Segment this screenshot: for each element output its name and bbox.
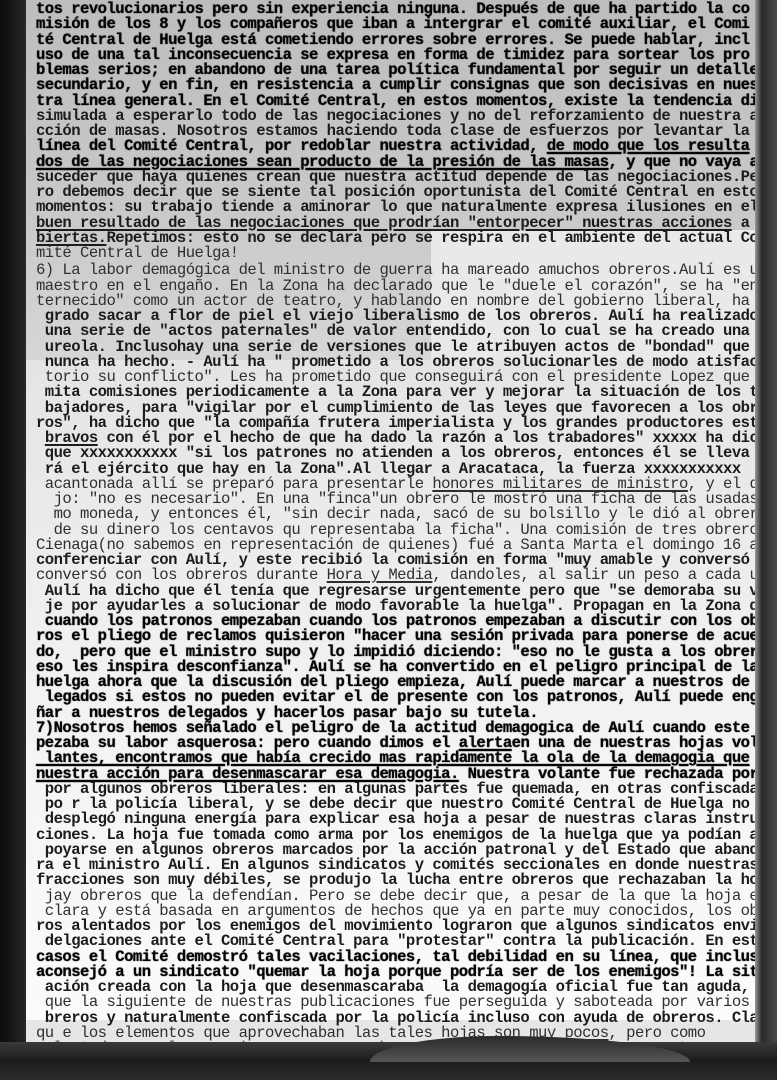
text-line: fracciones son muy débiles, se produjo l…	[36, 872, 758, 888]
text-line: mita comisiones periodicamente a la Zona…	[36, 384, 758, 400]
text-line: desplegó ninguna energía para explicar e…	[36, 811, 758, 827]
text-line: delgaciones ante el Comité Central para …	[36, 933, 758, 949]
text-line: que xxxxxxxxxxx "si los patrones no atie…	[36, 445, 749, 461]
scan-edge-right	[755, 0, 777, 1080]
text-line: mité Central de Huelga!	[36, 245, 239, 261]
document-page: tos revolucionarios pero sin experiencia…	[26, 0, 758, 1080]
text-line: 6) La labor demagógica del ministro de g…	[36, 262, 758, 278]
text-line: ros el pliego de reclamos quisieron "hac…	[36, 628, 758, 644]
text-line: conversó con los obreros durante Hora y …	[36, 567, 758, 583]
text-line: una serie de "actos paternales" de valor…	[36, 323, 758, 339]
text-line: que la siguiente de nuestras publicacion…	[36, 994, 758, 1010]
text-line: mo moneda, y entonces él, "sin decir nad…	[36, 506, 758, 522]
text-line: secundario, y en fin, en resistencia a c…	[36, 77, 758, 93]
text-line: misión de los 8 y los compañeros que iba…	[36, 16, 749, 32]
text-line: legados si estos no pueden evitar el de …	[36, 689, 758, 705]
